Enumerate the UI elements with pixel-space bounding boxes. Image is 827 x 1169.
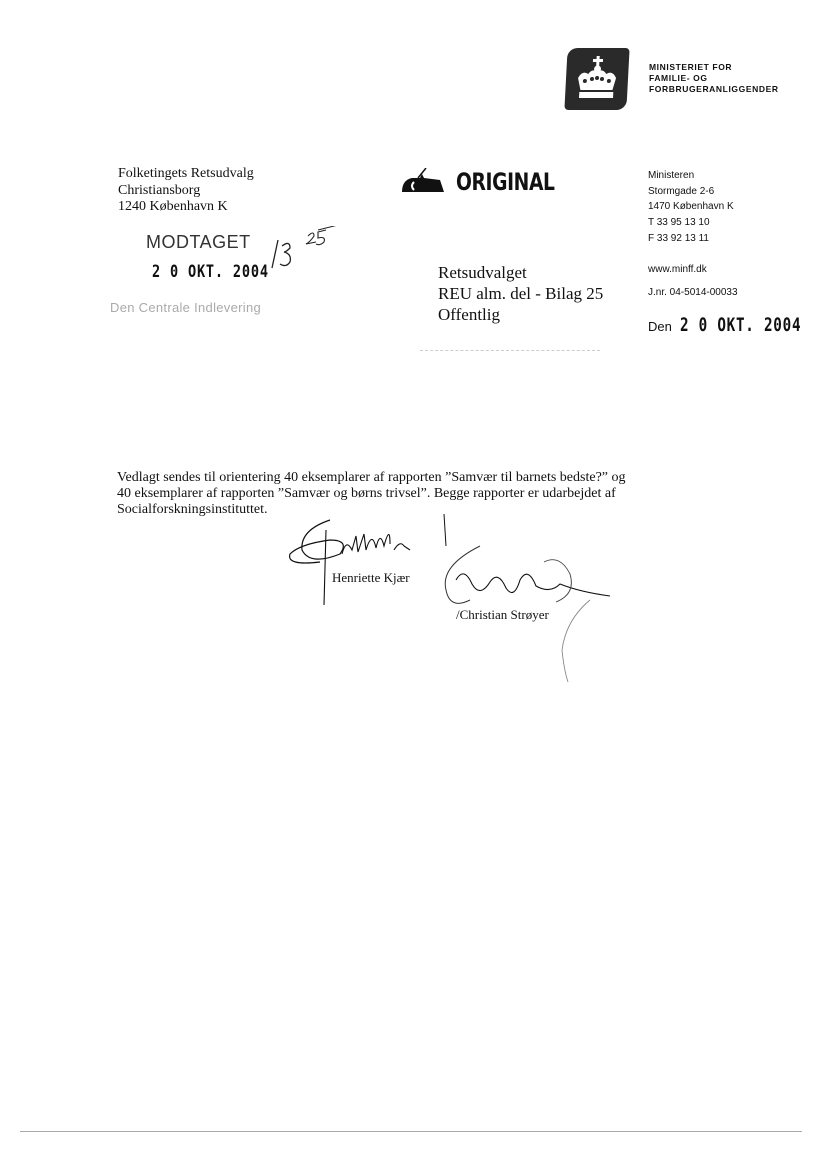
- filing-line: Retsudvalget: [438, 262, 603, 283]
- ministry-logo: [564, 48, 629, 110]
- filing-line: Offentlig: [438, 304, 603, 325]
- received-stamp-label: MODTAGET: [146, 232, 251, 253]
- filing-line: REU alm. del - Bilag 25: [438, 283, 603, 304]
- writing-hand-icon: [400, 168, 446, 196]
- original-stamp: ORIGINAL: [400, 168, 582, 196]
- sender-line: Ministeren: [648, 168, 738, 184]
- date-label: Den: [648, 319, 672, 334]
- journal-number: J.nr. 04-5014-00033: [648, 285, 738, 301]
- ministry-name-line: FAMILIE- OG: [649, 73, 779, 84]
- ministry-name-line: MINISTERIET FOR: [649, 62, 779, 73]
- original-label: ORIGINAL: [456, 168, 555, 196]
- received-stamp-office: Den Centrale Indlevering: [110, 300, 261, 315]
- date-value: 2 0 OKT. 2004: [680, 314, 801, 336]
- sender-line: 1470 København K: [648, 199, 738, 215]
- recipient-line: 1240 København K: [118, 199, 254, 216]
- divider: [420, 350, 600, 351]
- ministry-name-line: FORBRUGERANLIGGENDER: [649, 84, 779, 95]
- letter-date: Den 2 0 OKT. 2004: [648, 314, 827, 336]
- filing-stamp: Retsudvalget REU alm. del - Bilag 25 Off…: [438, 262, 603, 325]
- sender-fax: F 33 92 13 11: [648, 231, 738, 247]
- sender-phone: T 33 95 13 10: [648, 215, 738, 231]
- ministry-name: MINISTERIET FOR FAMILIE- OG FORBRUGERANL…: [649, 62, 779, 95]
- signer-name: /Christian Strøyer: [456, 607, 549, 623]
- recipient-line: Folketingets Retsudvalg: [118, 166, 254, 183]
- signer-name: Henriette Kjær: [332, 570, 410, 586]
- handwritten-note: [262, 226, 352, 276]
- received-stamp-date: 2 0 OKT. 2004: [152, 262, 269, 282]
- sender-website[interactable]: www.minff.dk: [648, 262, 738, 278]
- recipient-line: Christiansborg: [118, 183, 254, 200]
- page-bottom-rule: [20, 1131, 802, 1132]
- crown-icon: [564, 48, 629, 110]
- sender-block: Ministeren Stormgade 2-6 1470 København …: [648, 168, 738, 301]
- signatures-scribble: [280, 510, 640, 690]
- recipient-address: Folketingets Retsudvalg Christiansborg 1…: [118, 166, 254, 216]
- sender-line: Stormgade 2-6: [648, 184, 738, 200]
